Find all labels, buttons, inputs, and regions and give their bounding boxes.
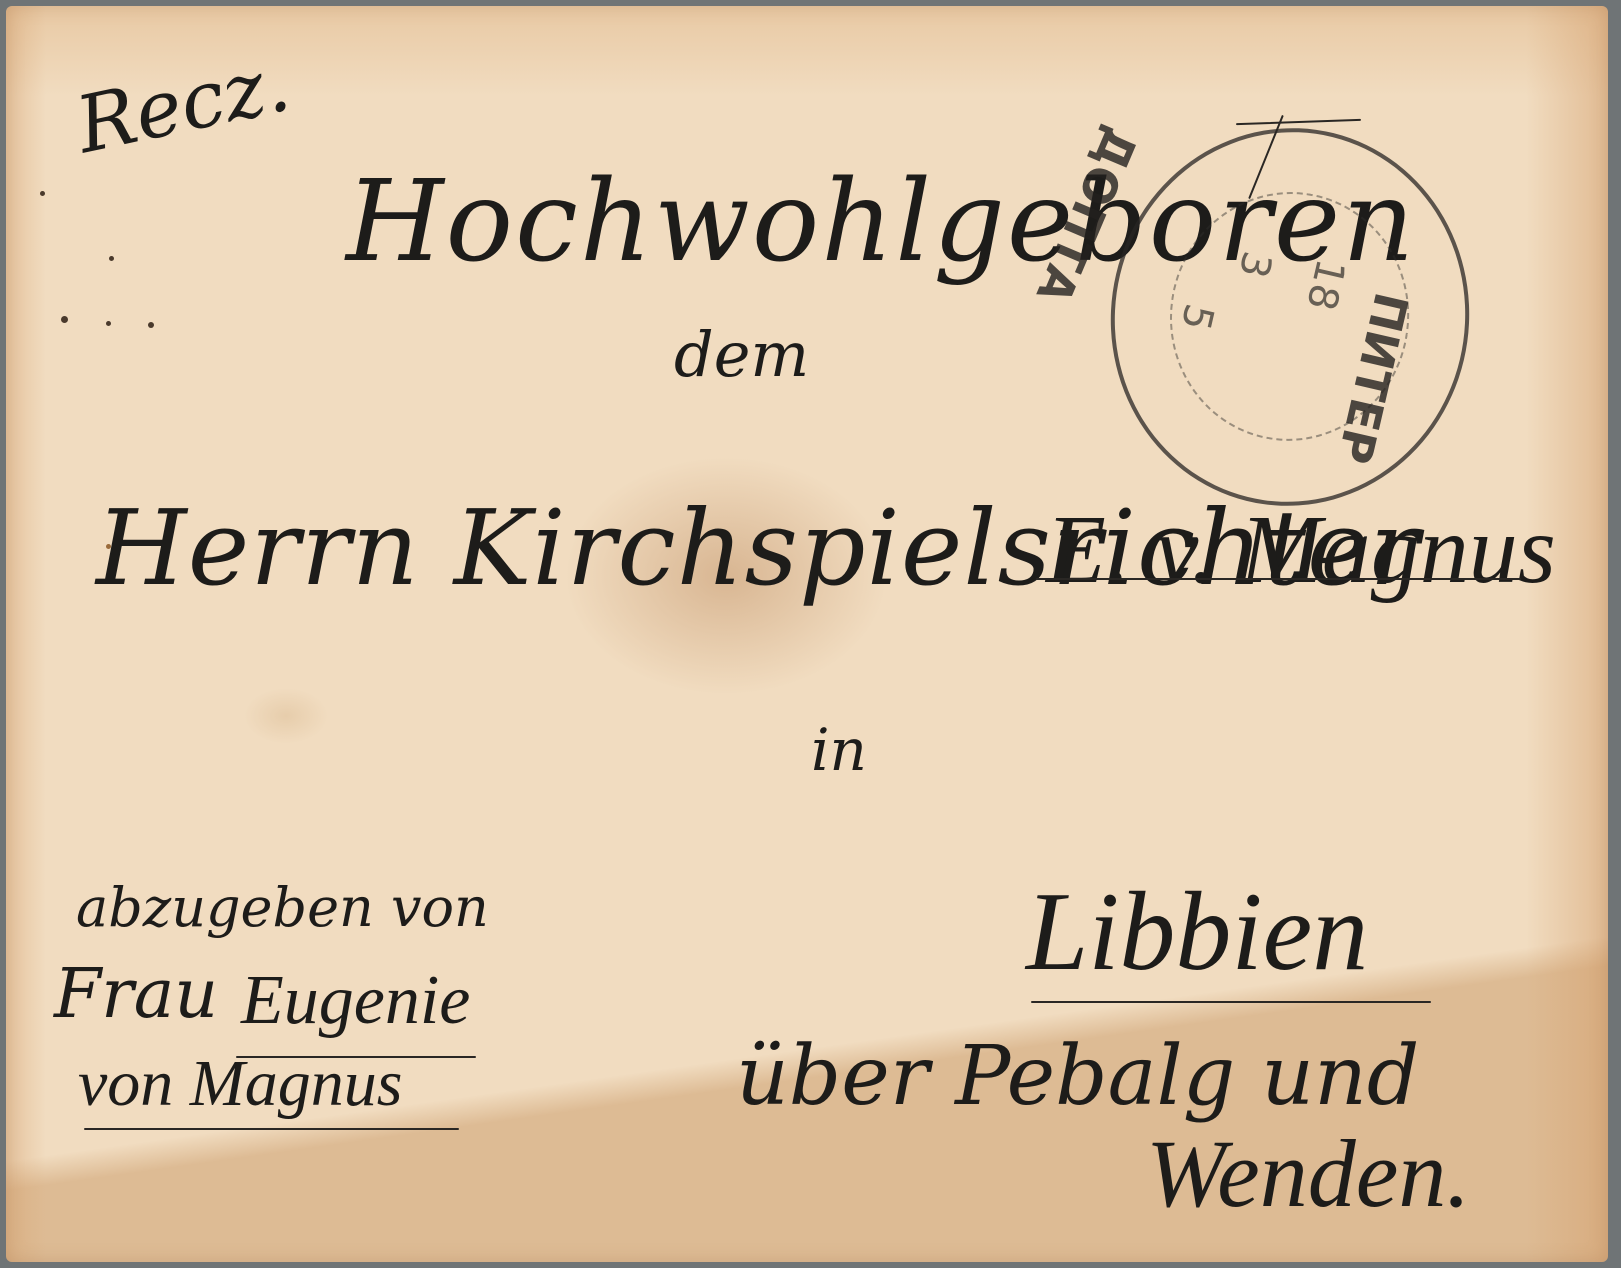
- sender-line-2-name: Eugenie: [241, 966, 470, 1036]
- sender-line-3-underline: [84, 1128, 459, 1130]
- ink-dot: [40, 191, 45, 196]
- recipient-name-underline: [1036, 578, 1521, 580]
- route: über Pebalg und: [736, 1036, 1419, 1118]
- envelope: Recz. Hochwohlgeboren dem Herrn Kirchspi…: [6, 6, 1608, 1262]
- ink-dot: [106, 321, 111, 326]
- sender-line-2-prefix: Frau: [54, 961, 218, 1029]
- recipient-name: E. v. Magnus: [1046, 501, 1556, 599]
- pen-stroke: [1236, 119, 1361, 125]
- sender-line-3: von Magnus: [78, 1051, 402, 1117]
- destination-underline: [1031, 1001, 1431, 1003]
- sender-line-1: abzugeben von: [76, 881, 489, 935]
- route-end: Wenden.: [1146, 1126, 1470, 1222]
- ink-dot: [61, 316, 68, 323]
- corner-note: Recz.: [70, 45, 296, 166]
- ink-dot: [148, 322, 154, 328]
- article: dem: [674, 324, 809, 386]
- ink-dot: [109, 256, 114, 261]
- destination: Libbien: [1026, 876, 1368, 988]
- preposition-in: in: [811, 721, 867, 779]
